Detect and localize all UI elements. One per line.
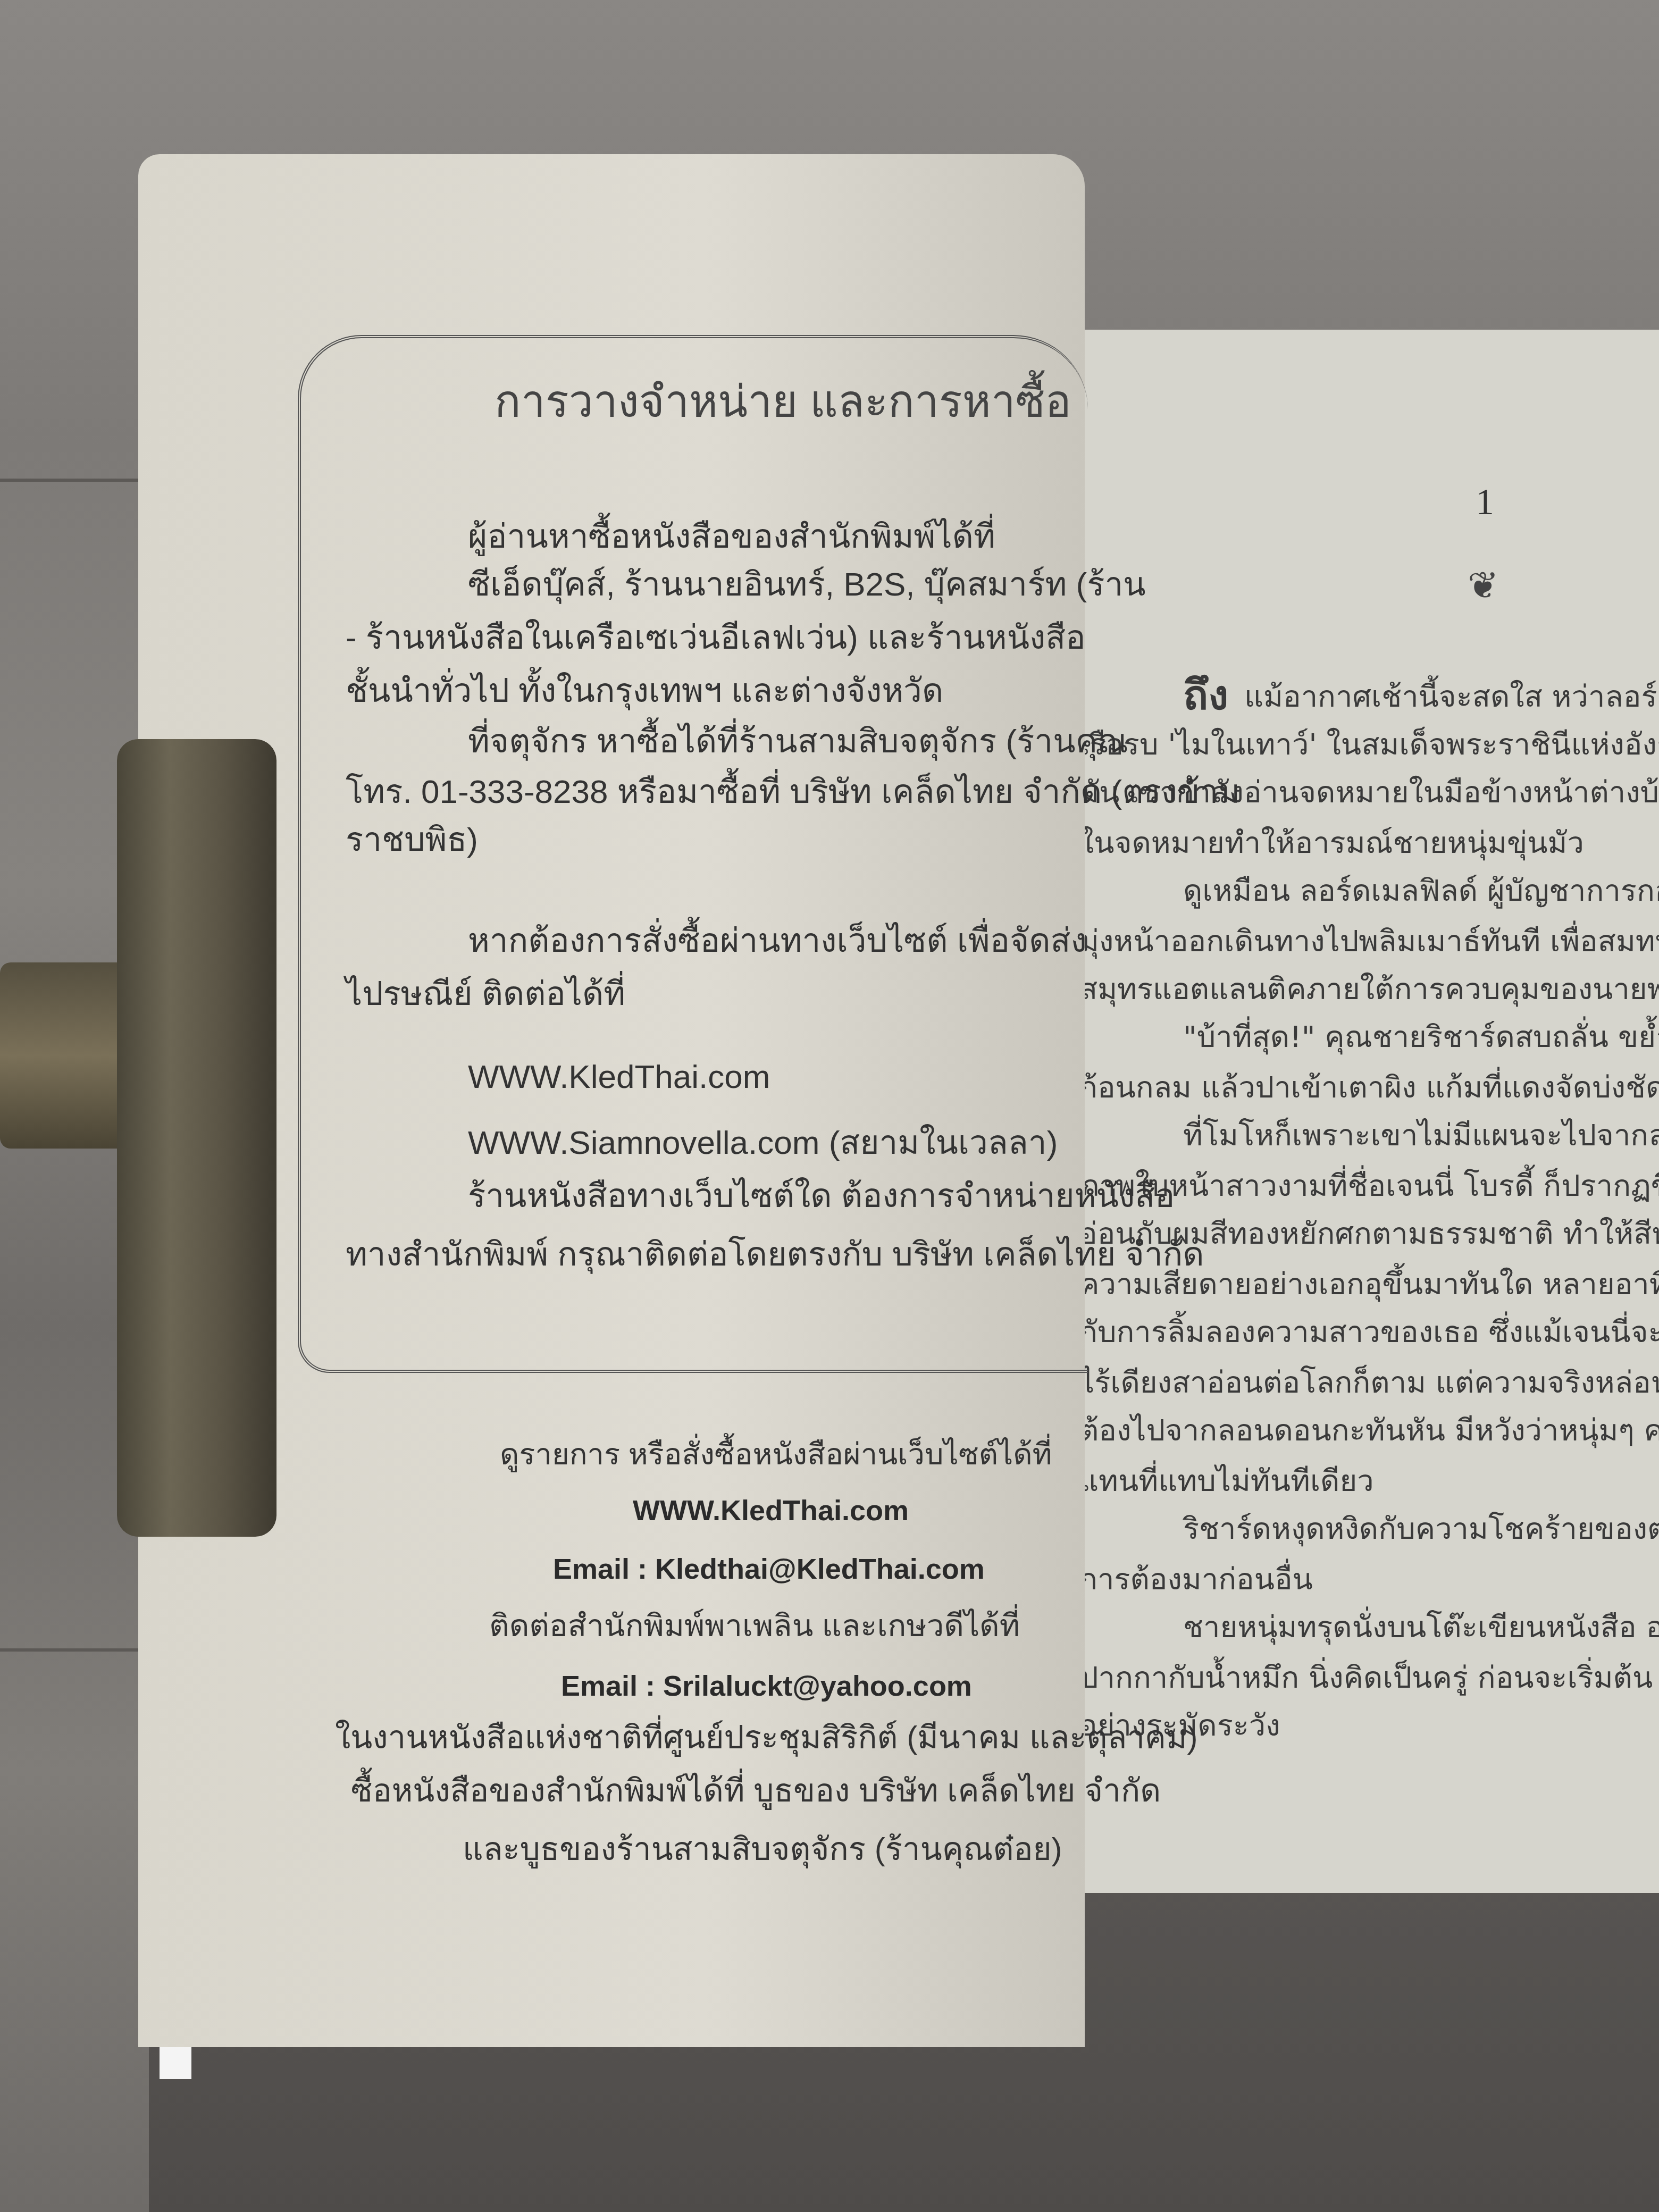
text-line: แทนที่แทบไม่ทันทีเดียว bbox=[1079, 1457, 1374, 1504]
text-line: ไร้เดียงสาอ่อนต่อโลกก็ตาม แต่ความจริงหล่… bbox=[1079, 1359, 1659, 1406]
footer-line: ติดต่อสำนักพิมพ์พาเพลิน และเกษวดีได้ที่ bbox=[489, 1601, 1020, 1650]
drop-cap: ถึง bbox=[1183, 662, 1228, 728]
text-line: ปากกากับน้ำหมึก นิ่งคิดเป็นครู่ ก่อนจะเร… bbox=[1079, 1654, 1653, 1701]
text-line: ดูเหมือน ลอร์ดเมลฟิลด์ ผู้บัญชาการกอง bbox=[1183, 867, 1659, 914]
website-link[interactable]: WWW.Siamnovella.com (สยามในเวลลา) bbox=[468, 1117, 1058, 1169]
box-line: ซีเอ็ดบุ๊คส์, ร้านนายอินทร์, B2S, บุ๊คสม… bbox=[468, 558, 1146, 610]
box-line: โทร. 01-333-8238 หรือมาซื้อที่ บริษัท เค… bbox=[346, 766, 1240, 818]
website-link[interactable]: WWW.KledThai.com bbox=[468, 1058, 770, 1096]
footer-line: ในงานหนังสือแห่งชาติที่ศูนย์ประชุมสิริกิ… bbox=[335, 1712, 1198, 1763]
email-link[interactable]: Email : Srilaluckt@yahoo.com bbox=[561, 1670, 972, 1703]
text-line: แม้อากาศเช้านี้จะสดใส หว่าลอร์ดริชาร์ด bbox=[1244, 673, 1659, 720]
clip-body bbox=[117, 739, 276, 1537]
box-line: ผู้อ่านหาซื้อหนังสือของสำนักพิมพ์ได้ที่ bbox=[468, 510, 995, 563]
footer-line: ซื้อหนังสือของสำนักพิมพ์ได้ที่ บูธของ บร… bbox=[351, 1765, 1161, 1816]
box-line: ร้านหนังสือทางเว็บไซต์ใด ต้องการจำหน่ายห… bbox=[468, 1170, 1175, 1222]
box-line: หากต้องการสั่งซื้อผ่านทางเว็บไซต์ เพื่อจ… bbox=[468, 915, 1087, 967]
binder-clip bbox=[0, 739, 282, 1537]
box-line: ที่จตุจักร หาซื้อได้ที่ร้านสามสิบจตุจักร… bbox=[468, 715, 1128, 767]
ornament-icon: ❦ bbox=[1468, 564, 1499, 607]
text-line: ริชาร์ดหงุดหงิดกับความโชคร้ายของตน bbox=[1183, 1505, 1659, 1552]
text-line: สมุทรแอตแลนติคภายใต้การควบคุมของนายพลจ bbox=[1079, 965, 1659, 1012]
box-title: การวางจำหน่าย และการหาซื้อ bbox=[495, 367, 1071, 436]
box-line: ชั้นนำทั่วไป ทั้งในกรุงเทพฯ และต่างจังหว… bbox=[346, 665, 943, 717]
text-line: ชายหนุ่มทรุดนั่งบนโต๊ะเขียนหนังสือ อ bbox=[1183, 1603, 1659, 1650]
chapter-number: 1 bbox=[1476, 481, 1494, 524]
box-line: ราชบพิธ) bbox=[346, 814, 478, 866]
text-line: เรือรบ 'ไมในเทาว์' ในสมเด็จพระราชินีแห่ง… bbox=[1079, 720, 1659, 768]
text-line: ต้องไปจากลอนดอนกะทันหัน มีหวังว่าหนุ่มๆ … bbox=[1079, 1406, 1659, 1454]
text-line: ที่โมโหก็เพราะเขาไม่มีแผนจะไปจากลอ bbox=[1183, 1111, 1659, 1159]
footer-line: และบูธของร้านสามสิบจตุจักร (ร้านคุณต๋อย) bbox=[463, 1824, 1062, 1874]
box-line: ทางสำนักพิมพ์ กรุณาติดต่อโดยตรงกับ บริษั… bbox=[346, 1228, 1204, 1280]
footer-line: ดูรายการ หรือสั่งซื้อหนังสือผ่านเว็บไซต์… bbox=[500, 1430, 1052, 1478]
box-line: ไปรษณีย์ ติดต่อได้ที่ bbox=[346, 968, 625, 1020]
box-line: - ร้านหนังสือในเครือเซเว่นอีเลฟเว่น) และ… bbox=[346, 611, 1085, 664]
text-line: การต้องมาก่อนอื่น bbox=[1079, 1555, 1313, 1603]
website-link[interactable]: WWW.KledThai.com bbox=[633, 1494, 909, 1527]
text-line: มุ่งหน้าออกเดินทางไปพลิมเมาธ์ทันที เพื่อ… bbox=[1079, 917, 1659, 965]
email-link[interactable]: Email : Kledthai@KledThai.com bbox=[553, 1553, 985, 1586]
text-line: "บ้าที่สุด!" คุณชายริชาร์ดสบถลั่น ขย้ำ bbox=[1183, 1013, 1659, 1060]
text-line: กับการลิ้มลองความสาวของเธอ ซึ่งแม้เจนนี่… bbox=[1079, 1308, 1659, 1355]
text-line: ก้อนกลม แล้วปาเข้าเตาผิง แก้มที่แดงจัดบ่… bbox=[1079, 1063, 1659, 1111]
text-line: ในจดหมายทำให้อารมณ์ชายหนุ่มขุ่นมัว bbox=[1079, 819, 1584, 866]
